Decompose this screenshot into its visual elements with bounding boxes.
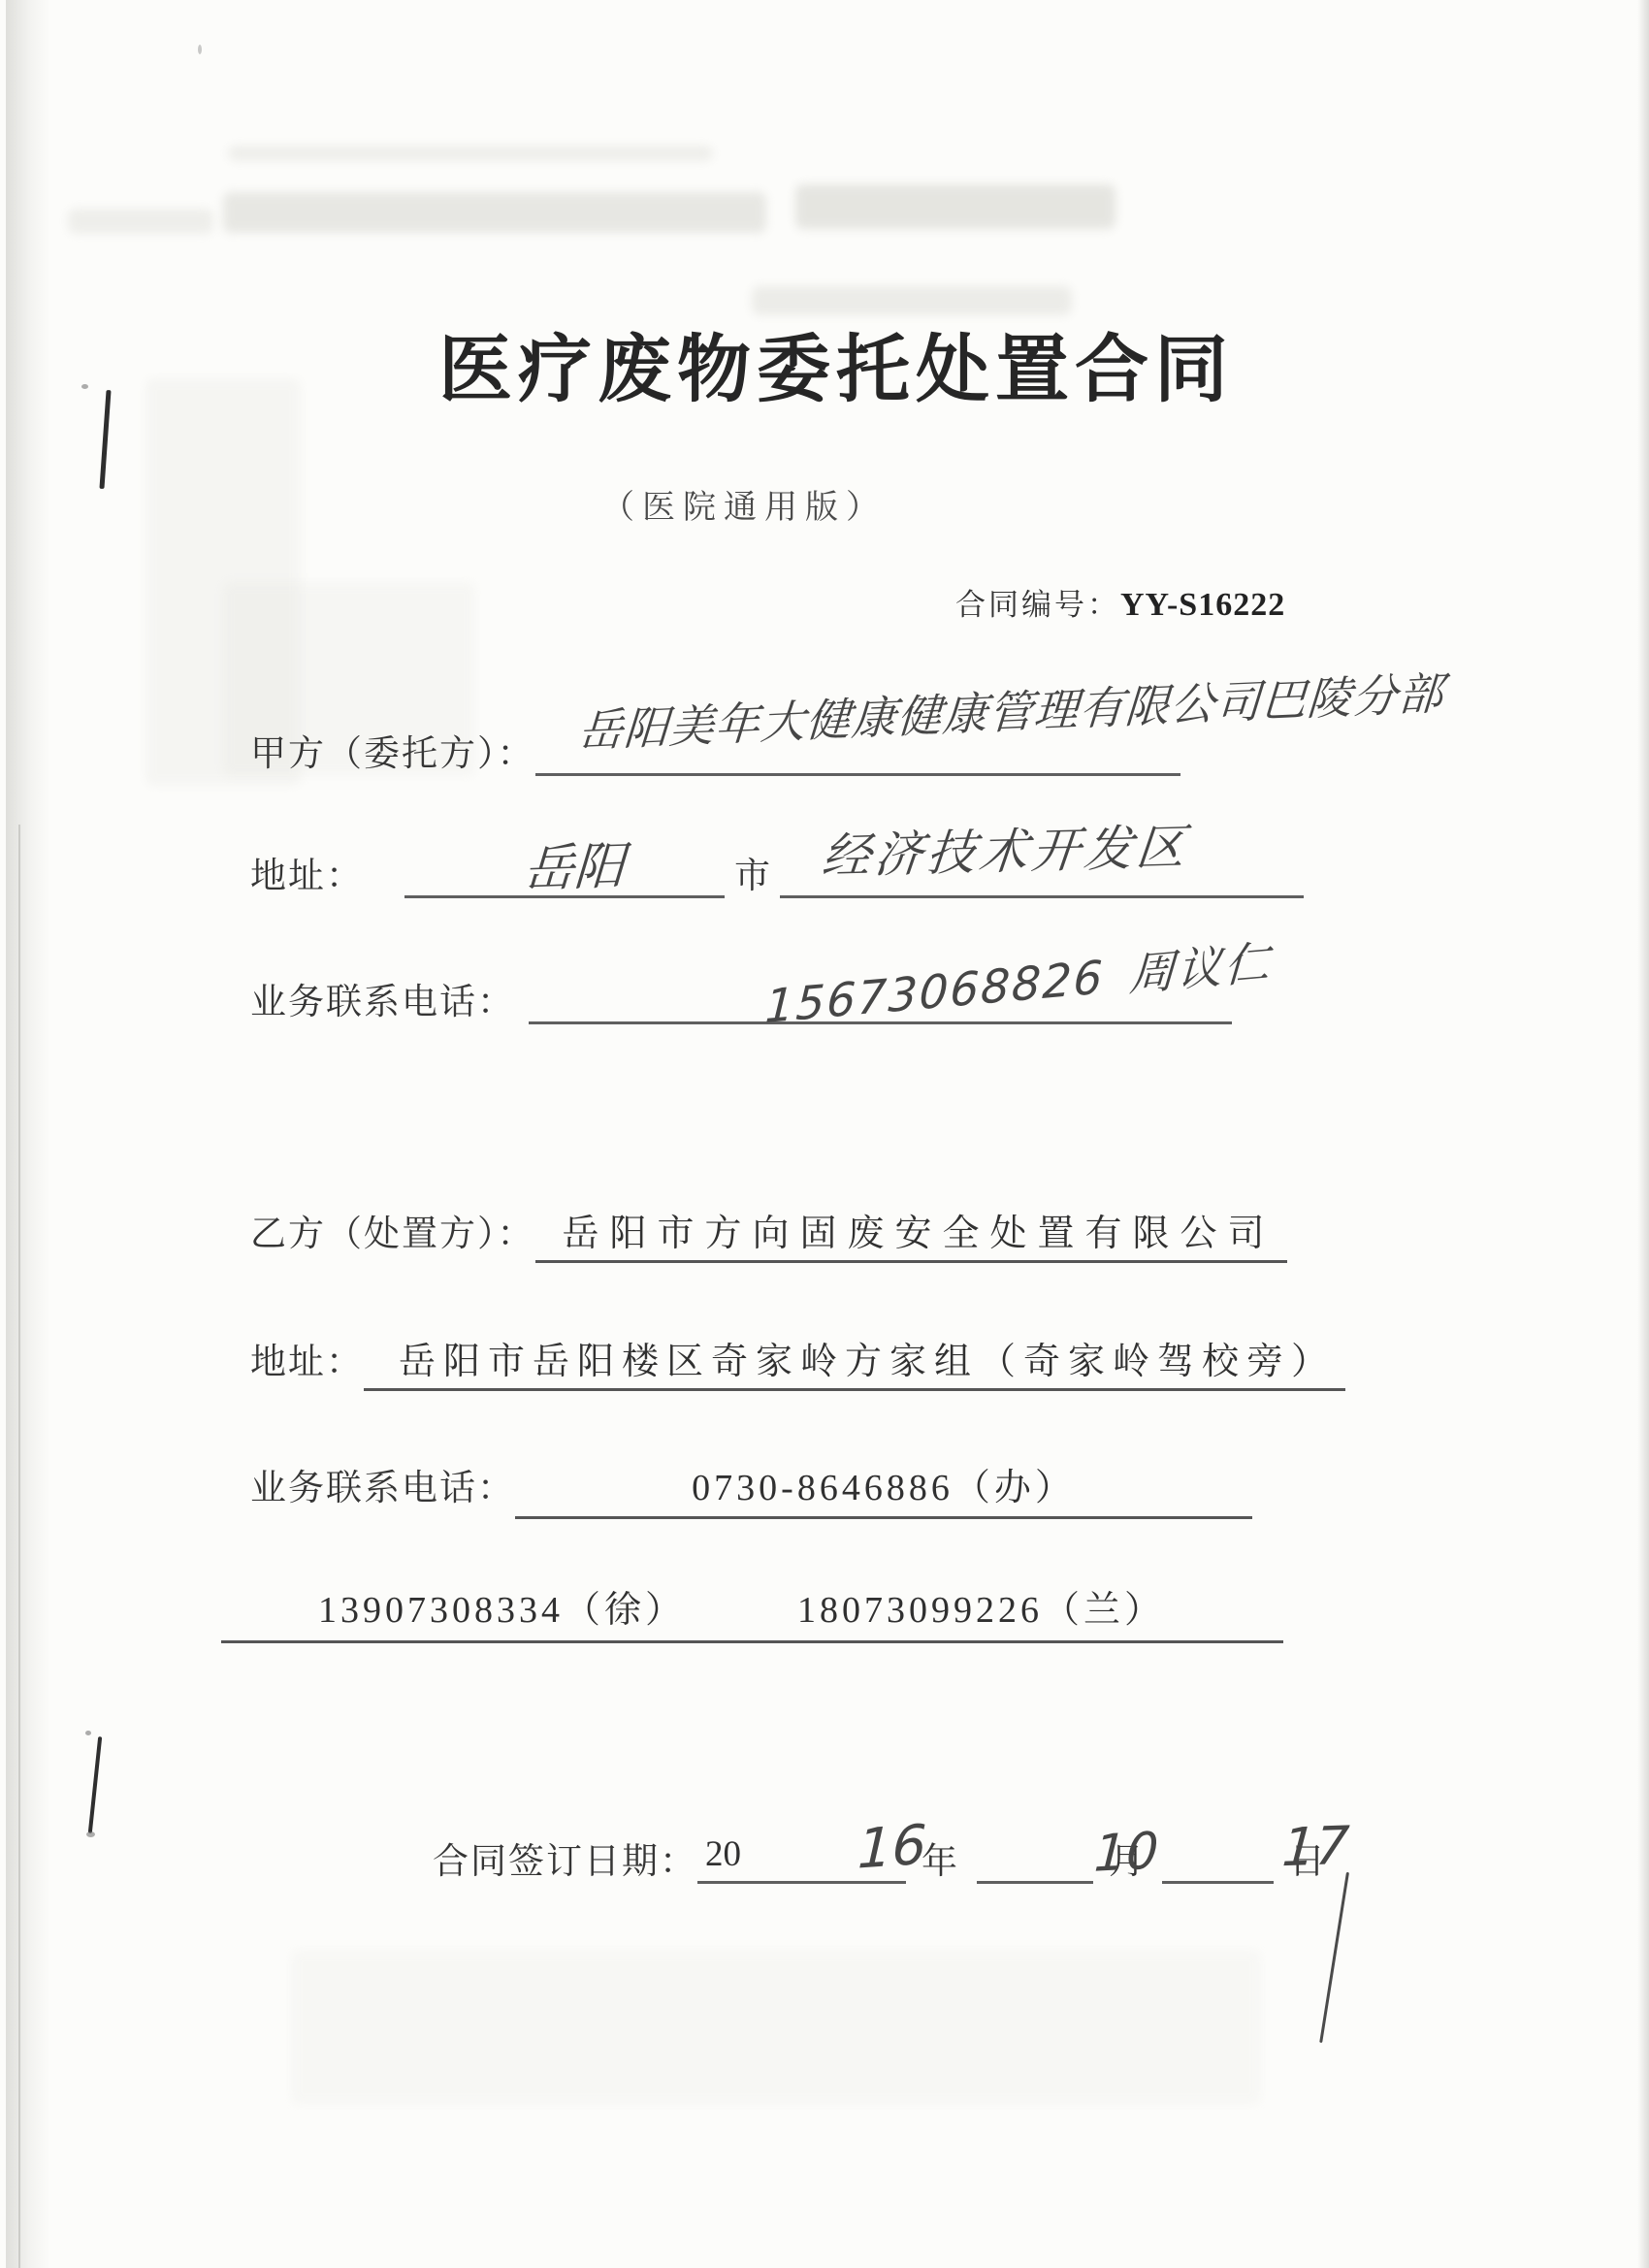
- pen-stroke-artifact: [1319, 1872, 1349, 2043]
- party-a-city-suffix: 市: [734, 857, 772, 896]
- party-b-mobile-phones-row: 13907308334（徐）18073099226（兰）: [221, 1579, 1283, 1643]
- party-b-address: 岳阳市岳阳楼区奇家岭方家组（奇家岭驾校旁）: [364, 1342, 1345, 1391]
- ink-fleck: [85, 1731, 91, 1735]
- scanned-contract-page: 医疗废物委托处置合同 （医院通用版） 合同编号：YY-S16222 甲方（委托方…: [0, 0, 1649, 2268]
- party-a-city-handwriting: 岳阳: [522, 825, 627, 901]
- month-blank-line: [977, 1833, 1093, 1884]
- party-b-company: 岳阳市方向固废安全处置有限公司: [535, 1214, 1287, 1263]
- bleed-through-artifact: [228, 146, 713, 161]
- party-b-role-label: 乙方（处置方）：: [250, 1215, 535, 1254]
- document-subtitle: （医院通用版）: [601, 480, 887, 528]
- binding-mark-top: [99, 390, 111, 489]
- month-handwriting: 10: [1092, 1822, 1159, 1884]
- signing-date-label: 合同签订日期：: [433, 1842, 697, 1882]
- year-unit: 年: [921, 1842, 957, 1882]
- year-prefix: 20: [705, 1834, 741, 1874]
- party-a-district-handwriting: 经济技术开发区: [820, 808, 1193, 888]
- contract-number-line: 合同编号：YY-S16222: [955, 580, 1285, 624]
- party-b-mobile-phone-1: 13907308334（徐）: [318, 1590, 686, 1631]
- scan-edge-shadow-left: [6, 0, 50, 2268]
- party-b-phone-label: 业务联系电话：: [250, 1469, 515, 1508]
- ink-fleck: [81, 384, 88, 389]
- party-a-phone-label: 业务联系电话：: [250, 983, 515, 1022]
- bleed-through-artifact: [68, 209, 213, 234]
- scan-edge-line-left: [18, 825, 20, 2268]
- contract-number-label: 合同编号：: [955, 588, 1120, 622]
- party-a-contact-name: 周议仁: [1128, 936, 1273, 1002]
- party-a-role-label: 甲方（委托方）：: [250, 734, 535, 774]
- ink-fleck: [198, 45, 202, 54]
- party-b-address-row: 地址：岳阳市岳阳楼区奇家岭方家组（奇家岭驾校旁）: [250, 1331, 1345, 1384]
- document-title: 医疗废物委托处置合同: [438, 310, 1234, 416]
- party-b-mobile-phones-line: 13907308334（徐）18073099226（兰）: [221, 1579, 1283, 1643]
- bleed-through-artifact: [223, 192, 766, 233]
- contract-number-value: YY-S16222: [1120, 587, 1285, 623]
- party-a-address-label: 地址：: [250, 857, 364, 896]
- binding-mark-bottom: [88, 1736, 102, 1833]
- scan-edge-shadow-right: [1637, 0, 1649, 2268]
- ink-fleck: [86, 1831, 95, 1837]
- party-b-office-phone: 0730-8646886（办）: [515, 1457, 1252, 1519]
- party-b-mobile-phone-2: 18073099226（兰）: [797, 1590, 1165, 1631]
- bleed-through-artifact: [291, 1950, 1261, 2105]
- party-b-name-row: 乙方（处置方）：岳阳市方向固废安全处置有限公司: [250, 1203, 1287, 1256]
- day-blank-line: [1162, 1833, 1274, 1884]
- day-handwriting: 17: [1280, 1815, 1351, 1879]
- party-b-address-label: 地址：: [250, 1343, 364, 1382]
- bleed-through-artifact: [795, 184, 1115, 229]
- year-handwriting: 16: [857, 1813, 927, 1881]
- party-b-phone-row: 业务联系电话：0730-8646886（办）: [250, 1457, 1252, 1519]
